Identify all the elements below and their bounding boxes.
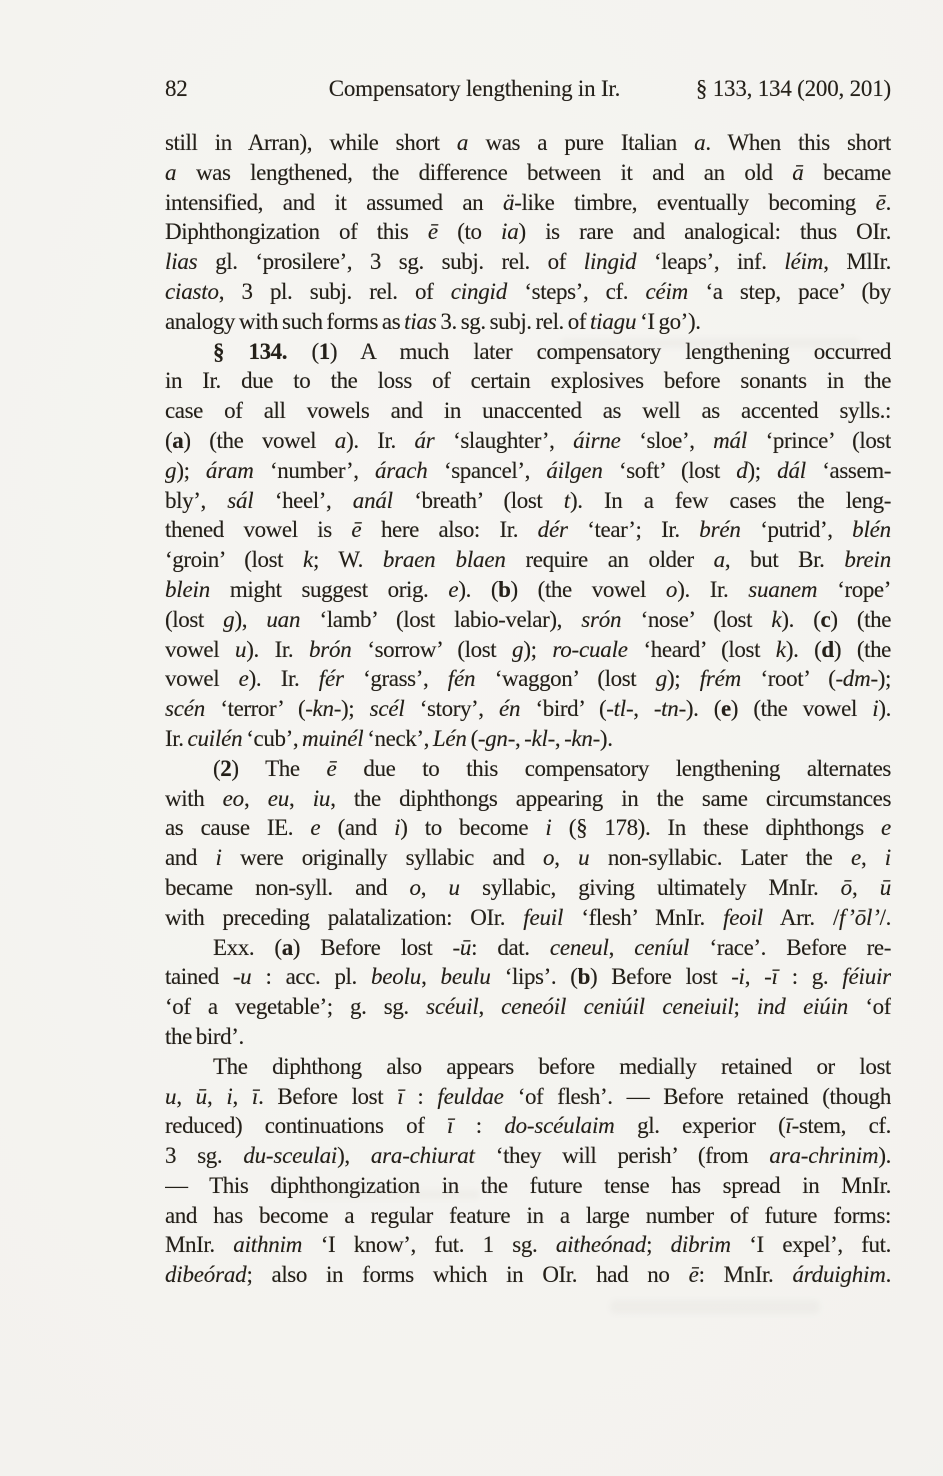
text-line: The diphthong also appears before medial… [165,1052,891,1082]
text-line: (a) (the vowel a). Ir. ár ‘slaughter’, á… [165,426,891,456]
section-reference: § 133, 134 (200, 201) [696,76,891,102]
page-body: still in Arran), while short a was a pur… [165,128,891,1290]
text-line: the bird’. [165,1022,891,1052]
text-line: intensified, and it assumed an ä-like ti… [165,188,891,218]
text-line: and i were originally syllabic and o, u … [165,843,891,873]
text-line: (lost g), uan ‘lamb’ (lost labio-velar),… [165,605,891,635]
text-line: with preceding palatalization: OIr. feui… [165,903,891,933]
text-line: reduced) continuations of ī : do-scéulai… [165,1111,891,1141]
text-line: bly’, sál ‘heel’, anál ‘breath’ (lost t)… [165,486,891,516]
text-line: thened vowel is ē here also: Ir. dér ‘te… [165,515,891,545]
text-line: tained -u : acc. pl. beolu, beulu ‘lips’… [165,962,891,992]
text-line: blein might suggest orig. e). (b) (the v… [165,575,891,605]
text-line: ciasto, 3 pl. subj. rel. of cingid ‘step… [165,277,891,307]
text-line: scén ‘terror’ (-kn-); scél ‘story’, én ‘… [165,694,891,724]
text-line: — This diphthongization in the future te… [165,1171,891,1201]
text-line: case of all vowels and in unaccented as … [165,396,891,426]
text-line: in Ir. due to the loss of certain explos… [165,366,891,396]
bleedthrough-smudge [610,1300,820,1314]
page-number: 82 [165,76,253,102]
text-line: vowel e). Ir. fér ‘grass’, fén ‘waggon’ … [165,664,891,694]
text-line: a was lengthened, the difference between… [165,158,891,188]
text-line: and has become a regular feature in a la… [165,1201,891,1231]
text-line: Exx. (a) Before lost -ū: dat. ceneul, ce… [165,933,891,963]
text-line: § 134. (1) A much later compensatory len… [165,337,891,367]
text-line: g); áram ‘number’, árach ‘spancel’, áilg… [165,456,891,486]
text-line: with eo, eu, iu, the diphthongs appearin… [165,784,891,814]
text-line: lias gl. ‘prosilere’, 3 sg. subj. rel. o… [165,247,891,277]
text-line: 3 sg. du-sceulai), ara-chiurat ‘they wil… [165,1141,891,1171]
running-header: 82 Compensatory lengthening in Ir. § 133… [165,76,891,102]
text-line: became non-syll. and o, u syllabic, givi… [165,873,891,903]
text-line: dibeórad; also in forms which in OIr. ha… [165,1260,891,1290]
text-line: u, ū, i, ī. Before lost ī : feuldae ‘of … [165,1082,891,1112]
text-line: ‘groin’ (lost k; W. braen blaen require … [165,545,891,575]
text-line: analogy with such forms as tias 3. sg. s… [165,307,891,337]
running-title: Compensatory lengthening in Ir. [253,76,696,102]
text-line: as cause IE. e (and i) to become i (§ 17… [165,813,891,843]
text-line: (2) The ē due to this compensatory lengt… [165,754,891,784]
text-line: vowel u). Ir. brón ‘sorrow’ (lost g); ro… [165,635,891,665]
book-page: 82 Compensatory lengthening in Ir. § 133… [0,0,943,1476]
text-line: ‘of a vegetable’; g. sg. scéuil, ceneóil… [165,992,891,1022]
text-line: still in Arran), while short a was a pur… [165,128,891,158]
text-line: Ir. cuilén ‘cub’, muinél ‘neck’, Lén (-g… [165,724,891,754]
text-line: Diphthongization of this ē (to ia) is ra… [165,217,891,247]
text-line: MnIr. aithnim ‘I know’, fut. 1 sg. aithe… [165,1230,891,1260]
